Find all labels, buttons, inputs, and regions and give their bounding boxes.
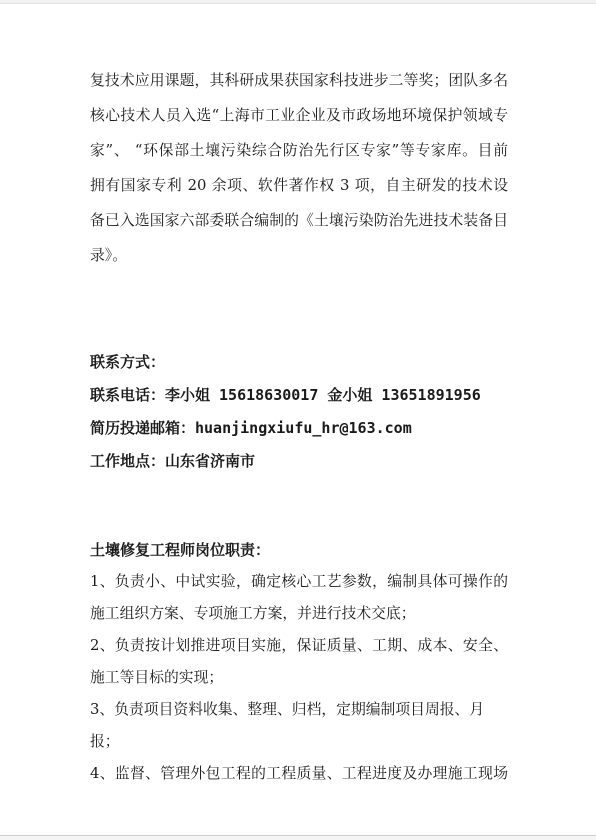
duty-line: 2、负责按计划推进项目实施，保证质量、工期、成本、安全、: [90, 630, 508, 662]
duties-section: 土壤修复工程师岗位职责： 1、负责小、中试实验，确定核心工艺参数，编制具体可操作…: [90, 534, 508, 790]
contact-section: 联系方式： 联系电话：李小姐 15618630017 金小姐 136518919…: [90, 346, 508, 478]
contact-lines: 联系电话：李小姐 15618630017 金小姐 13651891956 简历投…: [90, 379, 508, 478]
paragraph-line: 拥有国家专利 20 余项、软件著作权 3 项，自主研发的技术设: [90, 168, 508, 203]
duty-line: 3、负责项目资料收集、整理、归档，定期编制项目周报、月报；: [90, 694, 508, 758]
duty-line: 施工等目标的实现；: [90, 662, 508, 694]
contact-line: 工作地点：山东省济南市: [90, 445, 508, 478]
paragraph-line: 备已入选国家六部委联合编制的《土壤污染防治先进技术装备目: [90, 203, 508, 238]
intro-paragraph: 复技术应用课题，其科研成果获国家科技进步二等奖；团队多名 核心技术人员入选“上海…: [90, 63, 508, 273]
contact-line: 简历投递邮箱：huanjingxiufu_hr@163.com: [90, 412, 508, 445]
duty-line: 1、负责小、中试实验，确定核心工艺参数，编制具体可操作的: [90, 566, 508, 598]
duty-line: 施工组织方案、专项施工方案，并进行技术交底；: [90, 598, 508, 630]
paragraph-line: 录》。: [90, 238, 508, 273]
duties-lines: 1、负责小、中试实验，确定核心工艺参数，编制具体可操作的 施工组织方案、专项施工…: [90, 566, 508, 790]
paragraph-line: 核心技术人员入选“上海市工业企业及市政场地环境保护领域专: [90, 98, 508, 133]
paragraph-line: 复技术应用课题，其科研成果获国家科技进步二等奖；团队多名: [90, 63, 508, 98]
contact-heading: 联系方式：: [90, 346, 508, 379]
contact-line: 联系电话：李小姐 15618630017 金小姐 13651891956: [90, 379, 508, 412]
duty-line: 4、监督、管理外包工程的工程质量、工程进度及办理施工现场: [90, 758, 508, 790]
duties-heading: 土壤修复工程师岗位职责：: [90, 534, 508, 566]
page-content: 复技术应用课题，其科研成果获国家科技进步二等奖；团队多名 核心技术人员入选“上海…: [90, 0, 508, 790]
document-page: 复技术应用课题，其科研成果获国家科技进步二等奖；团队多名 核心技术人员入选“上海…: [0, 0, 596, 840]
paragraph-line: 家”、 “环保部土壤污染综合防治先行区专家”等专家库。目前: [90, 133, 508, 168]
page-edge-bottom: [0, 835, 596, 840]
